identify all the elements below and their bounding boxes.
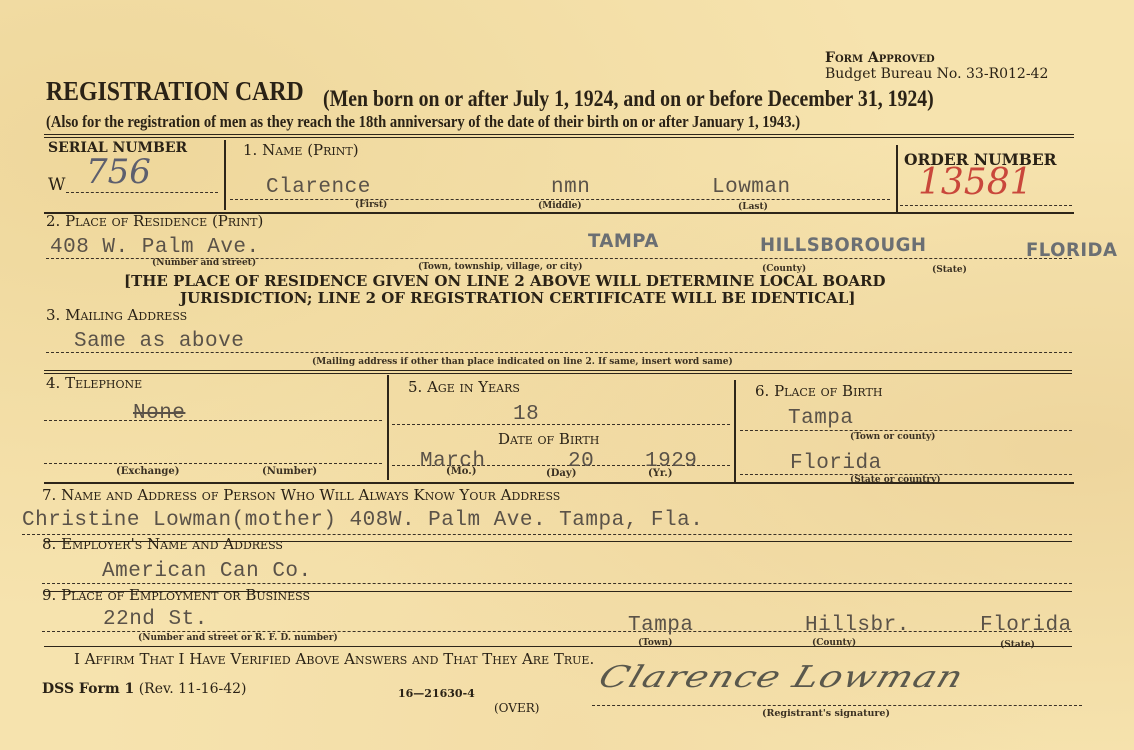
mailing-caption: (Mailing address if other than place ind… [312,357,733,367]
over-note: (OVER) [494,701,539,715]
birth-town-line [740,430,1072,431]
eligibility-note: (Men born on or after July 1, 1924, and … [323,86,934,112]
state-caption-9: (State) [1000,640,1035,650]
form-title: REGISTRATION CARD [46,76,304,107]
rfd-caption: (Number and street or R. F. D. number) [138,633,338,643]
middle-caption: (Middle) [538,201,582,211]
row-rule [44,370,1072,374]
jurisdiction-notice-2: JURISDICTION; LINE 2 OF REGISTRATION CER… [180,289,855,307]
print-code: 16—21630-4 [398,687,475,700]
signature-caption: (Registrant's signature) [762,708,890,719]
exchange-caption: (Exchange) [116,466,180,477]
employment-line [42,631,1072,632]
form-approved: Form Approved [825,50,935,66]
form-subtitle: (Also for the registration of men as the… [46,112,800,132]
last-caption: (Last) [738,202,768,212]
town-county-caption: (Town or county) [850,432,935,442]
age-line [392,424,730,425]
name-line [230,199,890,200]
divider [734,380,736,482]
mailing-address-value: Same as above [74,330,244,353]
affirmation-statement: I Affirm That I Have Verified Above Answ… [74,650,594,668]
name-label: 1. Name (Print) [243,141,359,159]
employer-label: 8. Employer's Name and Address [42,535,283,553]
residence-city-stamp: TAMPA [588,230,659,252]
first-name-value: Clarence [266,176,371,199]
employer-value: American Can Co. [102,560,312,583]
state-caption: (State) [932,265,967,275]
telephone-number-line [44,463,382,464]
employment-place-label: 9. Place of Employment or Business [42,586,310,604]
telephone-value: None [133,402,185,425]
day-caption: (Day) [546,468,576,479]
street-caption: (Number and street) [152,258,256,268]
name-label-text: 1. Name (Print) [243,141,359,159]
employment-county-value: Hillsbr. [805,614,910,637]
birth-town-value: Tampa [788,407,854,430]
budget-bureau-number: Budget Bureau No. 33-R012-42 [825,66,1048,82]
birth-state-value: Florida [790,452,882,475]
age-label: 5. Age in Years [408,378,520,396]
residence-county-stamp: HILLSBOROUGH [760,234,926,256]
residence-label: 2. Place of Residence (Print) [46,212,263,230]
serial-line [66,192,218,193]
employer-line [42,583,1072,584]
residence-state-stamp: FLORIDA [1026,239,1117,261]
employment-street-value: 22nd St. [103,608,208,631]
city-caption: (Town, township, village, or city) [418,262,583,272]
middle-name-value: nmn [551,176,590,199]
year-caption: (Yr.) [648,468,672,479]
row-rule [44,646,1072,647]
divider [224,140,226,210]
month-caption: (Mo.) [446,466,477,477]
place-of-birth-label: 6. Place of Birth [755,382,882,400]
telephone-line [44,420,382,421]
jurisdiction-notice-1: [THE PLACE OF RESIDENCE GIVEN ON LINE 2 … [124,272,885,290]
contact-person-value: Christine Lowman(mother) 408W. Palm Ave.… [22,509,703,532]
mailing-address-label: 3. Mailing Address [46,306,187,324]
first-caption: (First) [355,200,387,210]
number-caption: (Number) [262,466,317,477]
age-value: 18 [513,403,539,426]
divider [387,375,389,480]
date-of-birth-label: Date of Birth [498,430,599,448]
row-rule [44,482,1074,484]
serial-prefix: W [48,175,65,195]
employment-state-value: Florida [980,614,1072,637]
residence-street-value: 408 W. Palm Ave. [50,236,260,259]
signature-line [592,705,1082,706]
form-revision: (Rev. 11-16-42) [139,681,247,697]
serial-number-value: 756 [86,152,151,192]
header-rule [44,134,1074,138]
employment-town-value: Tampa [628,614,694,637]
order-number-value: 13581 [918,162,1033,203]
form-id-text: DSS Form 1 [42,681,134,697]
last-name-value: Lowman [712,176,791,199]
order-line [900,205,1072,206]
divider [896,145,898,213]
telephone-label: 4. Telephone [46,374,142,392]
contact-person-label: 7. Name and Address of Person Who Will A… [42,486,560,504]
registrant-signature: Clarence Lowman [594,660,968,695]
form-id: DSS Form 1 (Rev. 11-16-42) [42,681,247,697]
